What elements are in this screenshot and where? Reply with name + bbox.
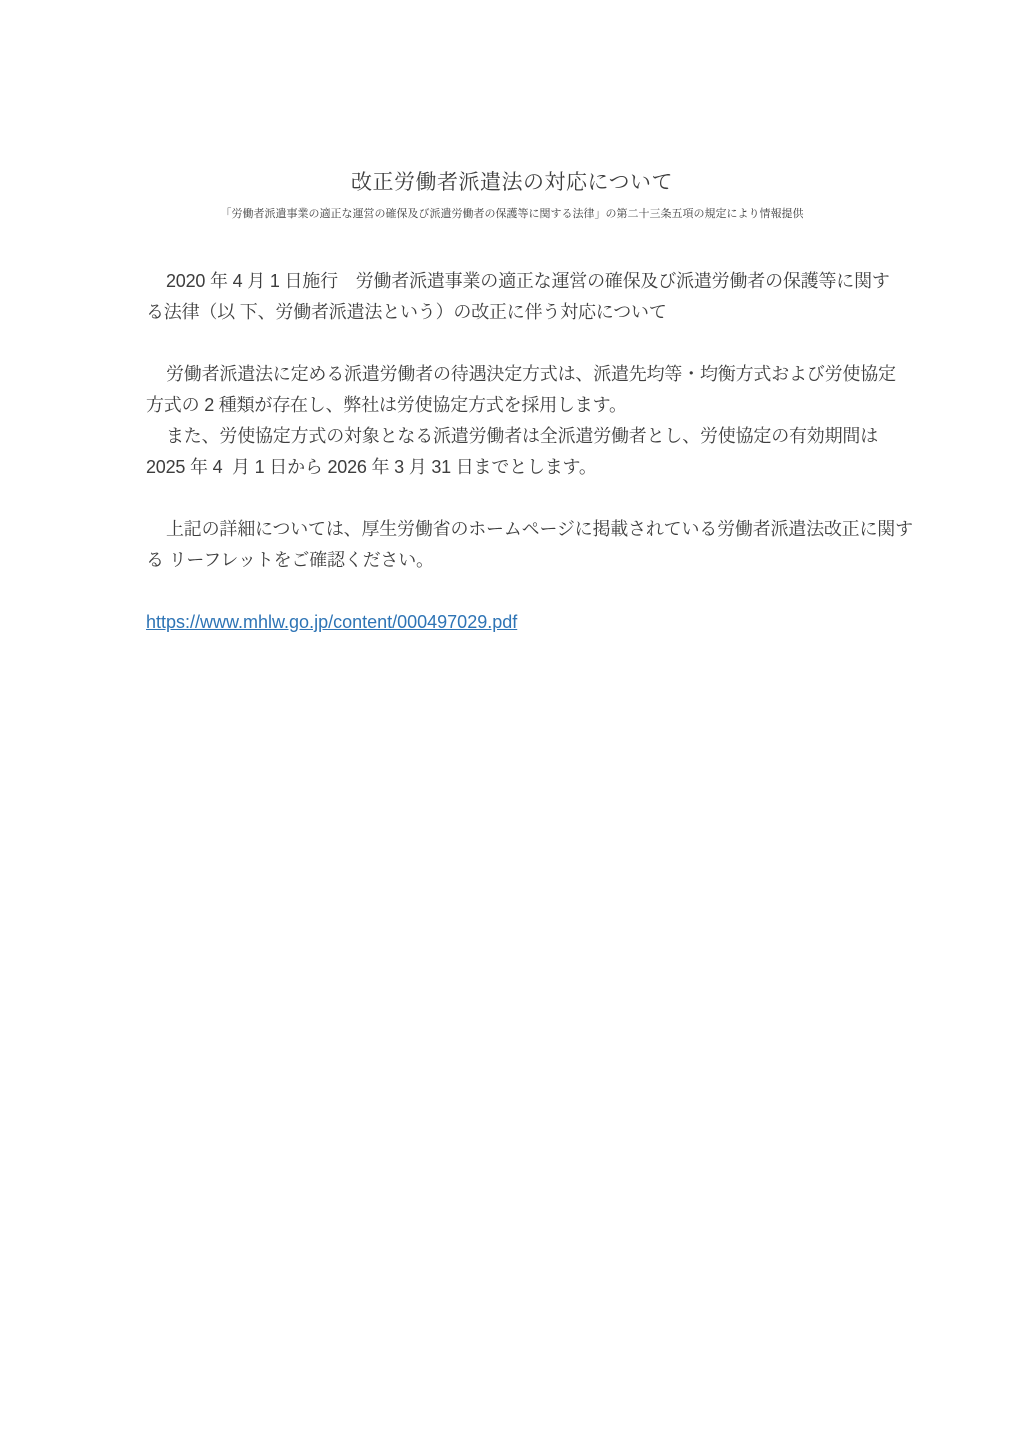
document-page: 改正労働者派遣法の対応について 「労働者派遣事業の適正な運営の確保及び派遣労働者…: [0, 0, 1024, 1448]
text-line: 2020 年 4 月 1 日施行 労働者派遣事業の適正な運営の確保及び派遣労働者…: [146, 266, 886, 297]
paragraph-link: https://www.mhlw.go.jp/content/000497029…: [146, 607, 886, 638]
mhlw-pdf-link[interactable]: https://www.mhlw.go.jp/content/000497029…: [146, 612, 517, 632]
page-title: 改正労働者派遣法の対応について: [0, 0, 1024, 195]
text-line: また、労使協定方式の対象となる派遣労働者は全派遣労働者とし、労使協定の有効期間は: [146, 421, 886, 452]
text-line: 上記の詳細については、厚生労働省のホームページに掲載されている労働者派遣法改正に…: [146, 514, 886, 545]
text-line: 労働者派遣法に定める派遣労働者の待遇決定方式は、派遣先均等・均衡方式および労使協…: [146, 359, 886, 390]
document-body: 2020 年 4 月 1 日施行 労働者派遣事業の適正な運営の確保及び派遣労働者…: [146, 266, 886, 638]
text-line: 2025 年 4 月 1 日から 2026 年 3 月 31 日までとします。: [146, 452, 886, 483]
paragraph-enforcement: 2020 年 4 月 1 日施行 労働者派遣事業の適正な運営の確保及び派遣労働者…: [146, 266, 886, 328]
page-subtitle: 「労働者派遣事業の適正な運営の確保及び派遣労働者の保護等に関する法律」の第二十三…: [0, 208, 1024, 221]
text-line: る法律（以 下、労働者派遣法という）の改正に伴う対応について: [146, 297, 886, 328]
text-line: 方式の 2 種類が存在し、弊社は労使協定方式を採用します。: [146, 390, 886, 421]
paragraph-treatment-method: 労働者派遣法に定める派遣労働者の待遇決定方式は、派遣先均等・均衡方式および労使協…: [146, 359, 886, 483]
text-line: る リーフレットをご確認ください。: [146, 545, 886, 576]
paragraph-details-reference: 上記の詳細については、厚生労働省のホームページに掲載されている労働者派遣法改正に…: [146, 514, 886, 576]
